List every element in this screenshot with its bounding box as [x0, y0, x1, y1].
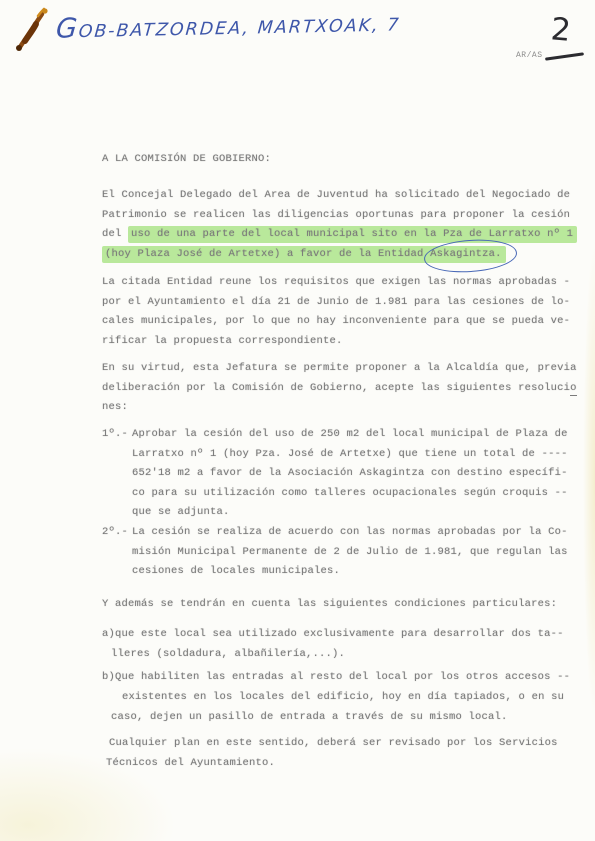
- text-segment: Aprobar la cesión del uso de 250 m2 del …: [132, 428, 568, 440]
- highlight-annotation: uso de una parte del local municipal sit…: [128, 226, 577, 243]
- text-segment: deliberación por la Comisión de Gobierno…: [102, 382, 570, 394]
- text-line: b)Que habiliten las entradas al resto de…: [102, 667, 570, 687]
- text-line: deliberación por la Comisión de Gobierno…: [102, 379, 577, 399]
- closing-paragraph: Cualquier plan en este sentido, deberá s…: [109, 733, 558, 773]
- highlight-annotation: (hoy Plaza José de Artetxe) a favor de l…: [102, 246, 506, 263]
- text-line: Cualquier plan en este sentido, deberá s…: [109, 733, 558, 753]
- text-line: El Concejal Delegado del Area de Juventu…: [102, 186, 577, 206]
- resolution-2: 2º.-La cesión se realiza de acuerdo con …: [102, 523, 568, 582]
- text-line: caso, dejen un pasillo de entrada a trav…: [102, 707, 570, 727]
- text-line: lleres (soldadura, albañilería,...).: [102, 645, 564, 665]
- text-line: co para su utilización como talleres ocu…: [102, 484, 568, 504]
- underlined-character: o: [570, 382, 577, 396]
- condition-a-marker: a): [102, 625, 115, 645]
- text-segment: que este local sea utilizado exclusivame…: [115, 628, 564, 640]
- text-line: (hoy Plaza José de Artetxe) a favor de l…: [102, 245, 577, 265]
- paragraph-intro: El Concejal Delegado del Area de Juventu…: [102, 186, 577, 264]
- conditions-intro: Y además se tendrán en cuenta las siguie…: [102, 595, 557, 615]
- resolution-1: 1º.-Aprobar la cesión del uso de 250 m2 …: [102, 425, 568, 523]
- handwritten-note: GOB-BATZORDEA, MARTXOAK, 7: [55, 6, 402, 44]
- text-line: misión Municipal Permanente de 2 de Juli…: [102, 543, 568, 563]
- paragraph-proposal: En su virtud, esta Jefatura se permite p…: [102, 359, 577, 418]
- paragraph-requirements: La citada Entidad reune los requisitos q…: [102, 273, 570, 351]
- scanned-document-page: GOB-BATZORDEA, MARTXOAK, 7 AR/AS 2 A LA …: [0, 0, 595, 841]
- text-line: La citada Entidad reune los requisitos q…: [102, 273, 570, 293]
- document-heading: A LA COMISIÓN DE GOBIERNO:: [102, 150, 271, 170]
- text-line: nes:: [102, 398, 577, 418]
- resolution-1-marker: 1º.-: [102, 425, 132, 445]
- text-line: 1º.-Aprobar la cesión del uso de 250 m2 …: [102, 425, 568, 445]
- text-line: Larratxo nº 1 (hoy Pza. José de Artetxe)…: [102, 445, 568, 465]
- circled-entity-name: Askagintza.: [430, 245, 502, 265]
- page-number-underline: [545, 52, 584, 60]
- text-line: del uso de una parte del local municipal…: [102, 225, 577, 245]
- text-segment: La cesión se realiza de acuerdo con las …: [132, 526, 568, 538]
- text-line: rificar la propuesta correspondiente.: [102, 332, 570, 352]
- text-line: existentes en los locales del edificio, …: [102, 687, 570, 707]
- text-line: por el Ayuntamiento el día 21 de Junio d…: [102, 293, 570, 313]
- page-number: 2: [549, 11, 572, 49]
- text-line: cesiones de locales municipales.: [102, 562, 568, 582]
- text-line: que se adjunta.: [102, 503, 568, 523]
- text-line: a)que este local sea utilizado exclusiva…: [102, 625, 564, 645]
- text-segment: Que habiliten las entradas al resto del …: [115, 671, 570, 683]
- condition-a: a)que este local sea utilizado exclusiva…: [102, 625, 564, 664]
- text-line: cales municipales, por lo que no hay inc…: [102, 312, 570, 332]
- text-line: 652'18 m2 a favor de la Asociación Askag…: [102, 464, 568, 484]
- file-reference: AR/AS: [516, 51, 543, 60]
- text-line: Patrimonio se realicen las diligencias o…: [102, 206, 577, 226]
- condition-b-marker: b): [102, 667, 115, 687]
- condition-b: b)Que habiliten las entradas al resto de…: [102, 667, 570, 727]
- text-line: 2º.-La cesión se realiza de acuerdo con …: [102, 523, 568, 543]
- text-segment: del: [102, 228, 128, 240]
- ink-stamp: [8, 2, 60, 54]
- text-segment: (hoy Plaza José de Artetxe) a favor de l…: [105, 248, 430, 260]
- text-line: Técnicos del Ayuntamiento.: [106, 753, 558, 773]
- resolution-2-marker: 2º.-: [102, 523, 132, 543]
- text-line: En su virtud, esta Jefatura se permite p…: [102, 359, 577, 379]
